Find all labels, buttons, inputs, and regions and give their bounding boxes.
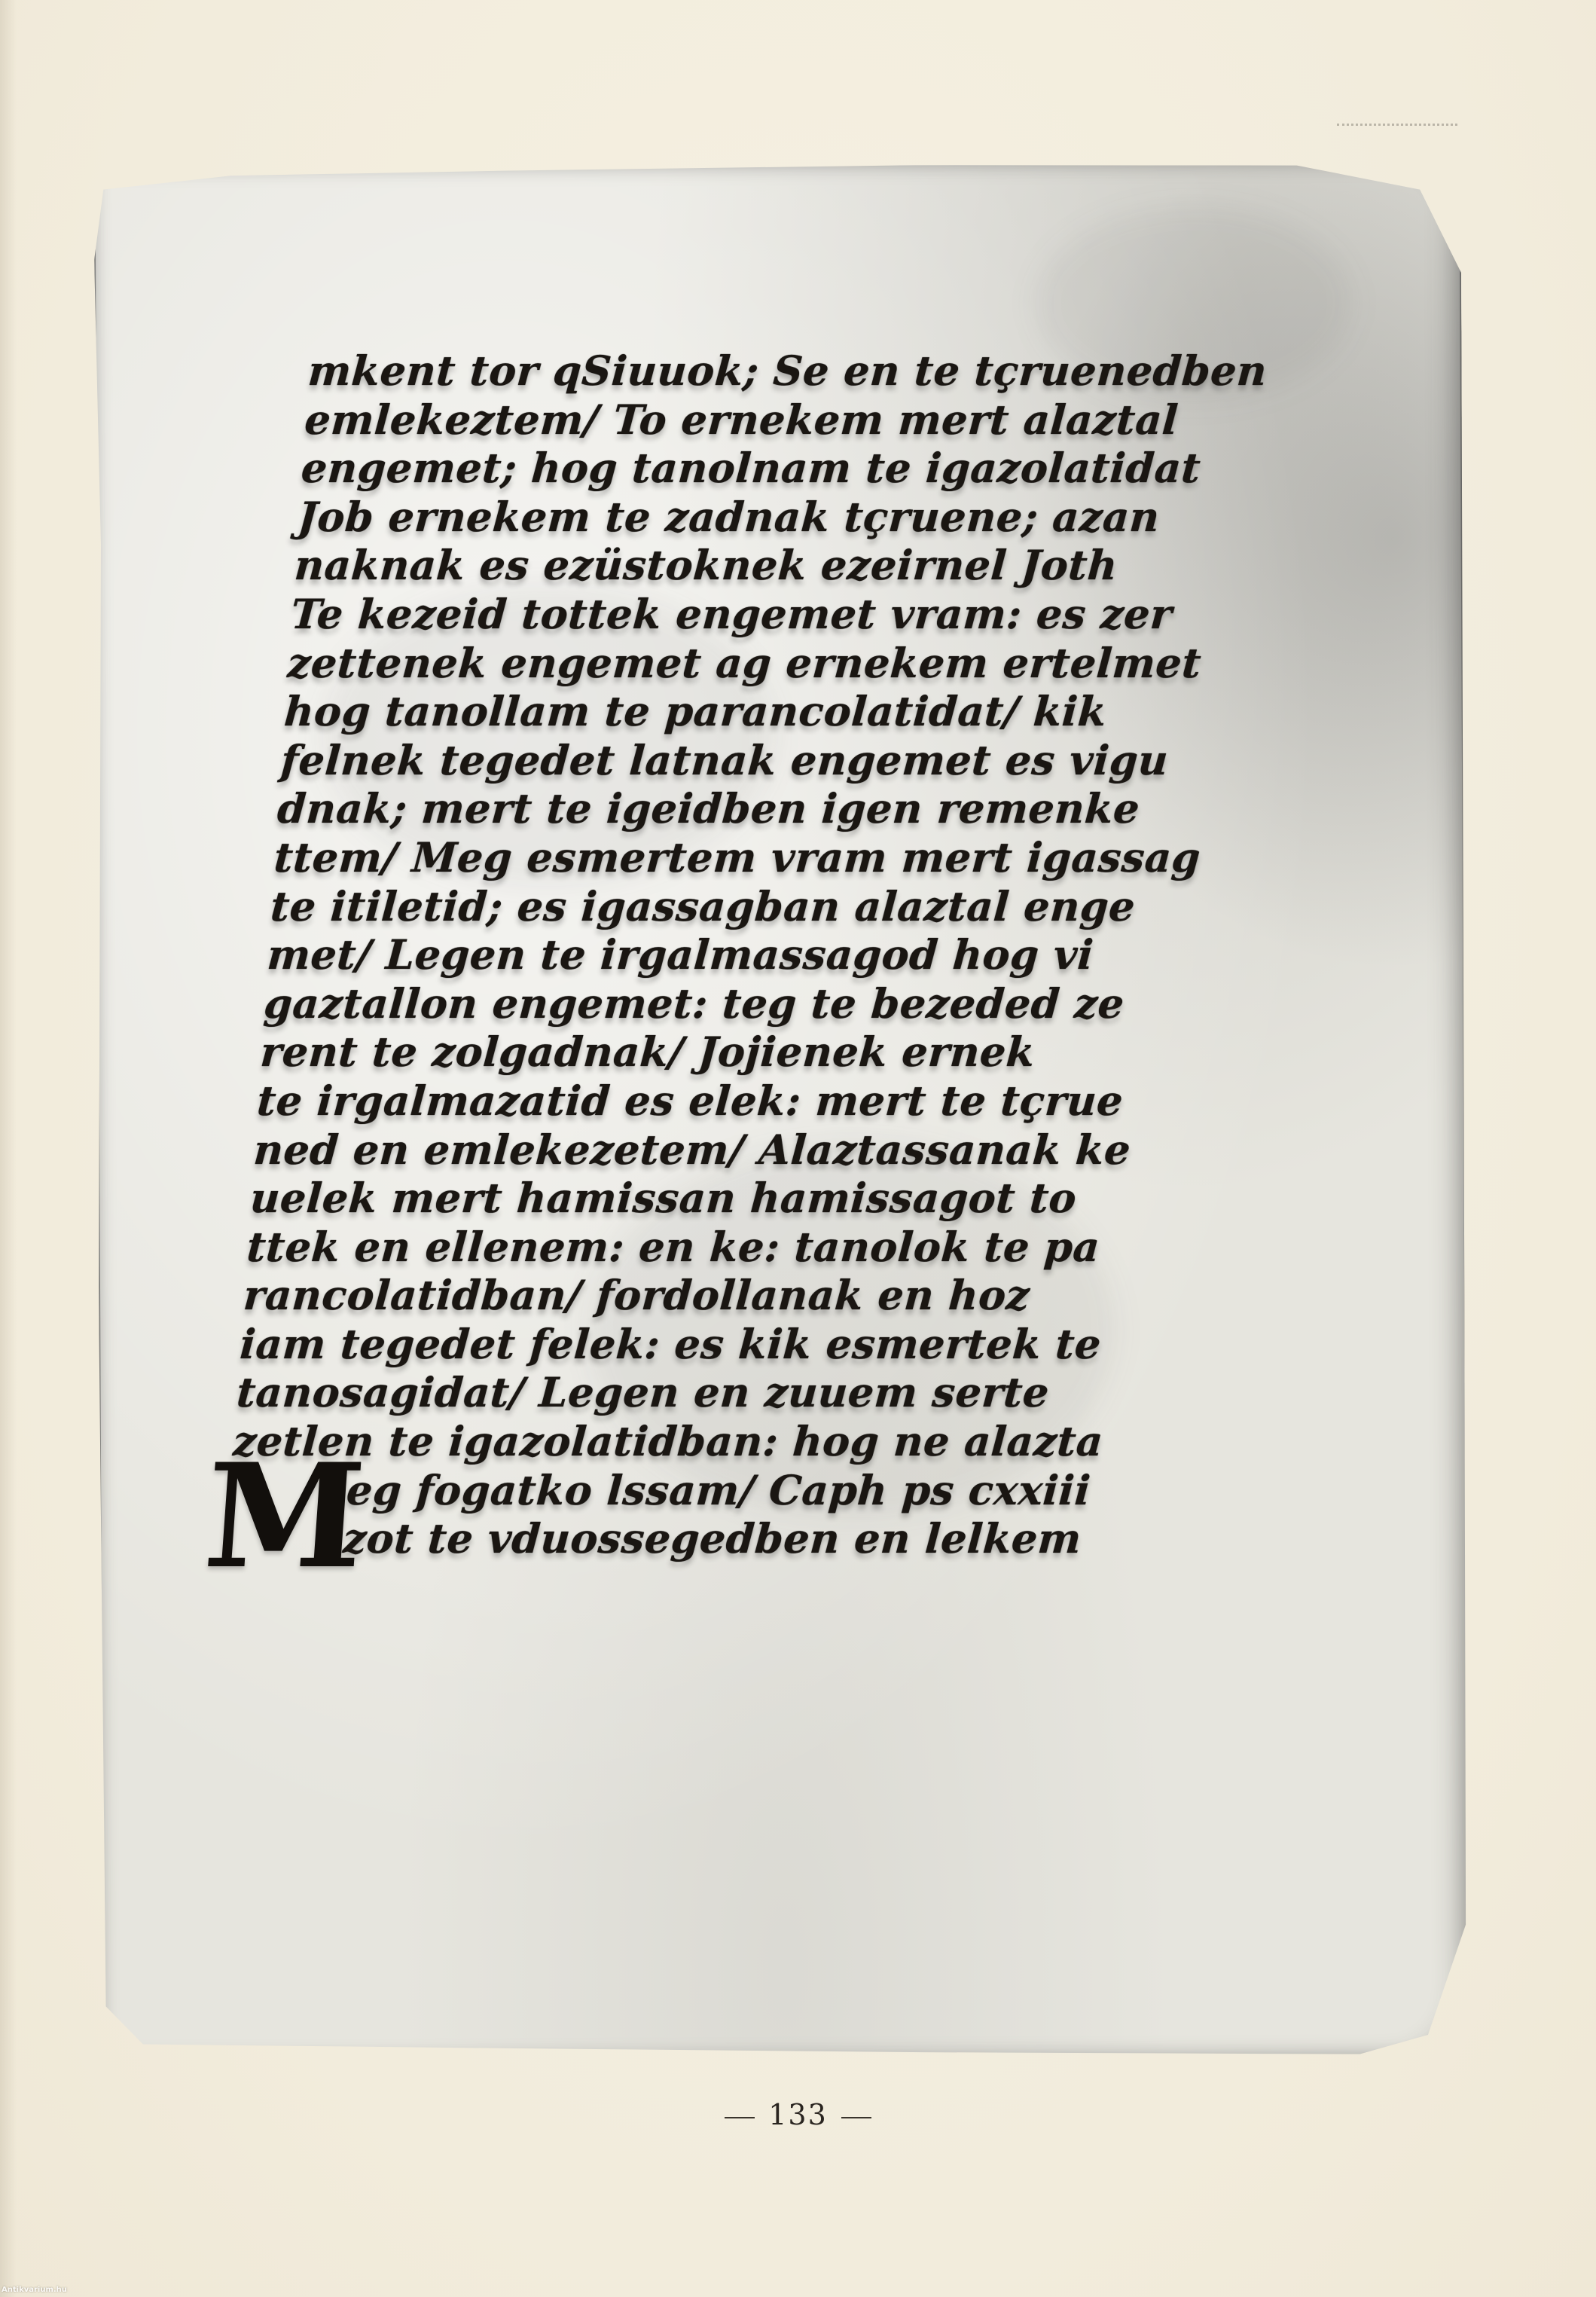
manuscript-line: ttek en ellenem: en ke: tanolok te pa: [246, 1223, 1274, 1272]
manuscript-line: emlekeztem/ To ernekem mert alaztal: [303, 396, 1331, 444]
book-page: mkent tor qSiuuok; Se en te tçruenedben …: [0, 0, 1596, 2297]
dash-right: [841, 2117, 871, 2118]
manuscript-line: met/ Legen te irgalmassagod hog vi: [266, 930, 1294, 979]
manuscript-line: engemet; hog tanolnam te igazolatidat: [300, 444, 1328, 493]
manuscript-text: mkent tor qSiuuok; Se en te tçruenedben …: [225, 347, 1335, 1563]
manuscript-line: rent te zolgadnak/ Jojienek ernek: [259, 1028, 1287, 1077]
dash-left: [725, 2117, 755, 2118]
manuscript-line: dnak; mert te igeidben igen remenke: [276, 784, 1304, 833]
manuscript-line: gaztallon engemet: teg te bezeded ze: [262, 979, 1290, 1028]
manuscript-line: te irgalmazatid es elek: mert te tçrue: [255, 1077, 1283, 1126]
page-number-value: 133: [768, 2098, 828, 2131]
drop-cap-initial: M: [202, 1460, 368, 1573]
illuminated-initial-block: M eg fogatko lssam/ Caph ps cxxiii zot t…: [225, 1466, 1256, 1563]
manuscript-line: mkent tor qSiuuok; Se en te tçruenedben: [307, 347, 1335, 396]
manuscript-line: zettenek engemet ag ernekem ertelmet: [286, 639, 1314, 688]
manuscript-line: Job ernekem te zadnak tçruene; azan: [296, 493, 1324, 542]
watermark: Antikvarium.hu: [2, 2286, 67, 2294]
manuscript-line: te itiletid; es igassagban alaztal enge: [269, 882, 1297, 931]
manuscript-line: tanosagidat/ Legen en zuuem serte: [235, 1368, 1263, 1417]
gutter-shadow: [0, 0, 17, 2297]
manuscript-line: naknak es ezüstoknek ezeirnel Joth: [293, 541, 1321, 590]
manuscript-line: uelek mert hamissan hamissagot to: [249, 1174, 1277, 1223]
manuscript-line: ttem/ Meg esmertem vram mert igassag: [273, 833, 1301, 882]
manuscript-line: ned en emlekezetem/ Alaztassanak ke: [252, 1126, 1280, 1174]
manuscript-line: zot te vduossegedben en lelkem: [225, 1514, 1253, 1563]
printing-marks: [1337, 113, 1457, 126]
manuscript-line: Te kezeid tottek engemet vram: es zer: [289, 590, 1317, 639]
manuscript-line: eg fogatko lssam/ Caph ps cxxiii: [228, 1466, 1256, 1515]
page-number: 133: [0, 2098, 1596, 2131]
manuscript-line: rancolatidban/ fordollanak en hoz: [242, 1271, 1270, 1320]
manuscript-line: hog tanollam te parancolatidat/ kik: [282, 687, 1311, 736]
manuscript-line: felnek tegedet latnak engemet es vigu: [279, 736, 1308, 785]
manuscript-line: iam tegedet felek: es kik esmertek te: [239, 1320, 1267, 1369]
manuscript-line: zetlen te igazolatidban: hog ne alazta: [232, 1417, 1260, 1466]
